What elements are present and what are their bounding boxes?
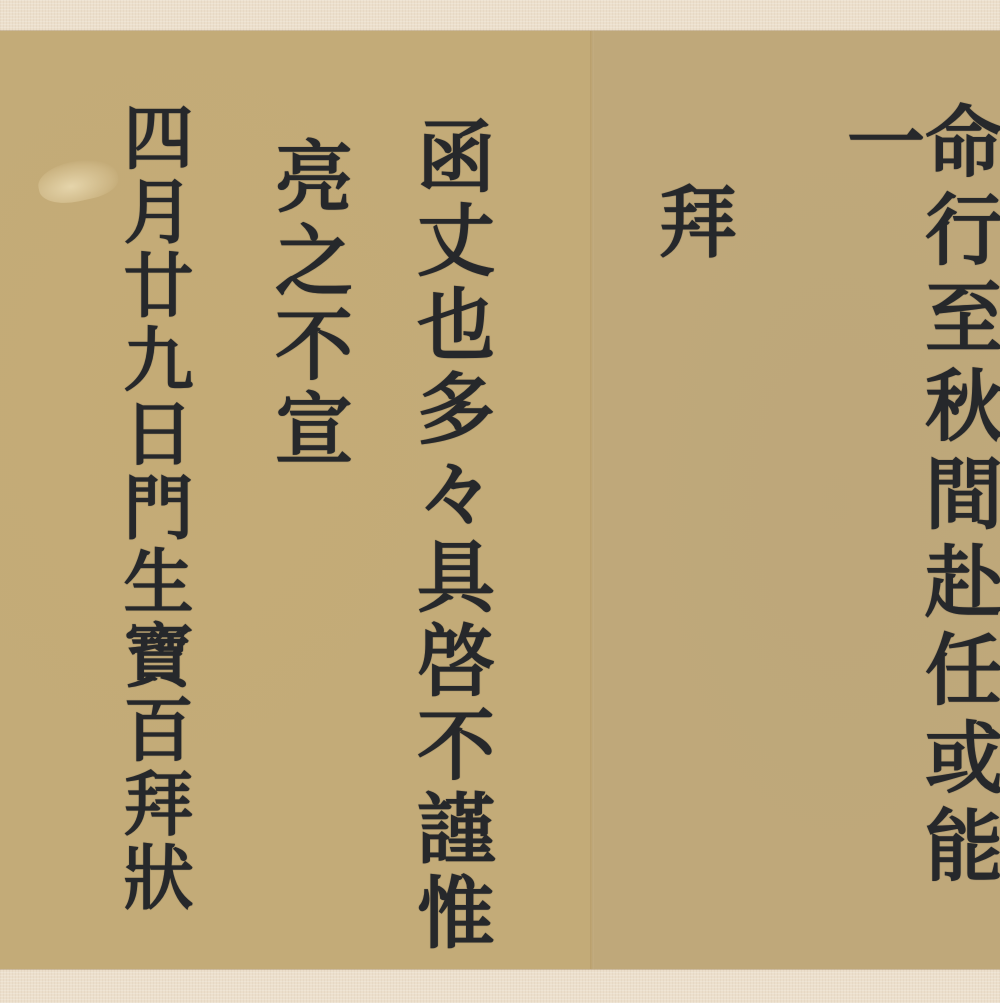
- calligraphy-column-3: 函丈也多々具啓不謹惟: [410, 116, 488, 956]
- paper-seam: [590, 31, 594, 969]
- calligraphy-column-2: 拜: [652, 181, 730, 267]
- calligraphy-column-5-signature: 四月廿九日門生寶百拜狀: [118, 101, 188, 915]
- letter-paper: 命行至秋間赴任或能一 拜 函丈也多々具啓不謹惟 亮之不宣 四月廿九日門生寶百拜狀: [0, 31, 1000, 969]
- calligraphy-column-4: 亮之不宣: [268, 136, 346, 472]
- calligraphy-column-1: 命行至秋間赴任或能一: [840, 101, 996, 969]
